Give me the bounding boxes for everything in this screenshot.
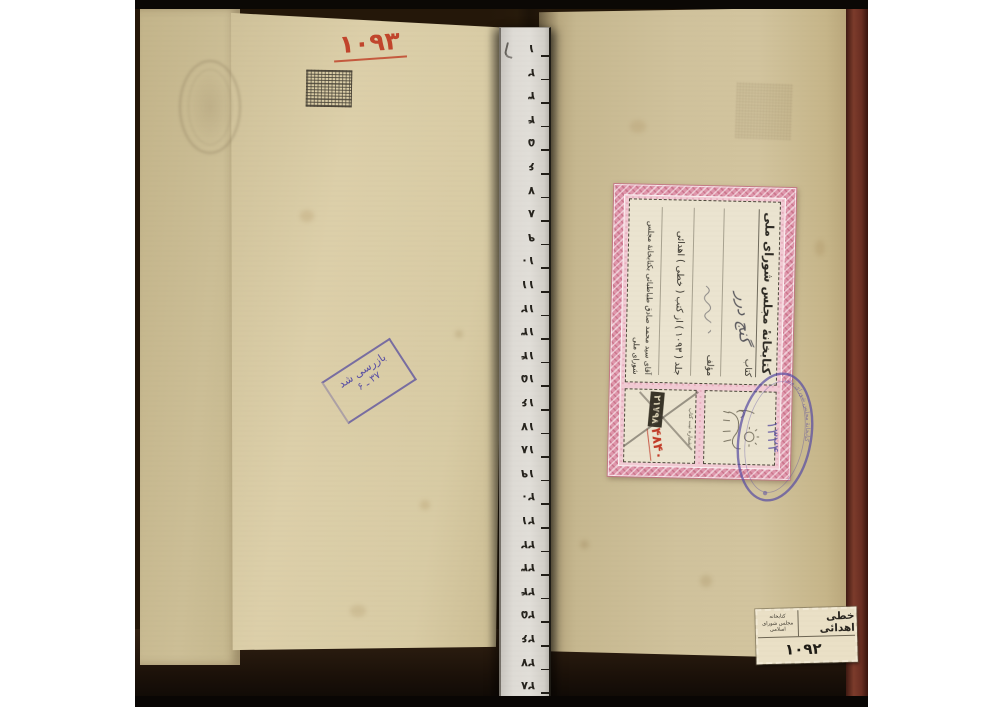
ruler-cm-cell: ۱۱ (501, 277, 549, 301)
ruler-number: ۲۳ (521, 561, 535, 575)
bookplate-donor-row: آقای سید محمد صادق طباطبائی بکتابخانهٔ م… (629, 206, 661, 375)
sticker-library-line: اسلامی (770, 627, 786, 634)
ruler-tick (541, 527, 549, 529)
ruler-tick (541, 433, 549, 435)
ruler-cm-cell: ۴ (501, 112, 549, 136)
ruler-tick (541, 480, 549, 482)
ruler-cm-cell: ۲۱ (501, 513, 549, 537)
ruler-number: ۶ (528, 160, 535, 174)
ruler-number: ۲۱ (521, 514, 535, 528)
ruler-tick (541, 621, 549, 623)
ruler-number: ۵ (528, 136, 535, 150)
ruler-cm-cell: ۲۶ (501, 631, 549, 655)
bookplate-author-row: مؤلف (690, 208, 724, 377)
ruler-tick (541, 149, 549, 151)
ruler-cm-cell: ۲۷ (501, 655, 549, 679)
ruler-tick (541, 102, 549, 104)
ruler-cm-cell: ۵ (501, 135, 549, 159)
oval-stamp-handwritten-number: ۱۳۲۴ (763, 421, 782, 454)
ruler-number: ۱۵ (521, 372, 535, 386)
ruler-tick (541, 669, 549, 671)
ruler-number: ۲۵ (521, 608, 535, 622)
ruler-tick (541, 692, 549, 694)
ruler-number: ۱۸ (521, 443, 535, 457)
cover-leather-edge (846, 4, 868, 703)
ruler-number: ۲۷ (521, 656, 535, 670)
ruler-tick (541, 197, 549, 199)
ruler-cm-cell: ۱۵ (501, 371, 549, 395)
ruler-tick (541, 456, 549, 458)
ruler-number: ۲۸ (521, 679, 535, 693)
ruler-tick (541, 55, 549, 57)
ruler-tick (541, 409, 549, 411)
ruler-tick (541, 220, 549, 222)
ruler-cm-cell: ۲ (501, 65, 549, 89)
handwritten-book-title: گنج درر (733, 292, 755, 344)
ruler-cm-cell: ۱ (501, 41, 549, 65)
ruler-cm-cell: ۸ (501, 206, 549, 230)
ruler-tick (541, 267, 549, 269)
ruler-cm-cell: ۱۲ (501, 301, 549, 325)
ruler-number: ۳ (528, 89, 535, 103)
ruler-tick (541, 503, 549, 505)
faint-round-stamp (179, 60, 241, 154)
ruler-tick (541, 126, 549, 128)
ruler-number: ۱۱ (521, 278, 535, 292)
scan-canvas: { "colors": { "canvas": "#ffffff", "page… (0, 0, 1000, 707)
bookplate-book-row: کتاب گنج درر (720, 208, 759, 377)
ruler-tick (541, 362, 549, 364)
bookplate-header-text: کتابخانهٔ مجلس شورای ملی (759, 212, 777, 374)
ruler-number: ۲۶ (521, 632, 535, 646)
ruler-cm-cell: ۱۴ (501, 348, 549, 372)
bookplate-header: کتابخانهٔ مجلس شورای ملی (755, 209, 778, 377)
measuring-ruler: ۱ ۲ ۳ ۴ ۵ ۶ ۷ ۸ (499, 27, 551, 696)
ruler-cm-cell: ۱۸ (501, 442, 549, 466)
ruler-tick (541, 315, 549, 317)
sticker-shelf-number: ۱۰۹۲ (758, 636, 856, 663)
ruler-cm-cell: ۱۷ (501, 419, 549, 443)
ruler-tick (541, 645, 549, 647)
ruler-cm-cell: ۱۹ (501, 466, 549, 490)
flyleaf-main-page (231, 11, 507, 652)
ruler-tick (541, 385, 549, 387)
ruler-cm-cell: ۲۳ (501, 560, 549, 584)
bookplate-volume-row: جلد ( ۱۰۹۳ ) از کتب ( خطی ) اهدائی (658, 207, 694, 376)
faint-square-stamp (735, 82, 793, 140)
ruler-number: ۷ (528, 184, 535, 198)
ruler-cm-cell: ۳ (501, 88, 549, 112)
ruler-cm-cell: ۱۰ (501, 253, 549, 277)
book-photo: ۱۰۹۳ بازرسی شد ۳۷ ـ ۶ کتابخانهٔ مجلس شور… (135, 0, 868, 707)
handwriting-mark (701, 284, 712, 336)
ruler-tick (541, 173, 549, 175)
ruler-cm-cell: ۱۳ (501, 324, 549, 348)
ruler-number: ۱۰ (521, 254, 535, 268)
ruler-number: ۲۰ (521, 490, 535, 504)
ruler-number: ۱۶ (521, 396, 535, 410)
ruler-tick (541, 598, 549, 600)
registration-number-handwritten: ۴۸۴۰ (646, 427, 665, 460)
ruler-number: ۲۴ (521, 585, 535, 599)
ruler-number: ۲ (528, 66, 535, 80)
ruler-tick (541, 338, 549, 340)
ruler-number: ۲۲ (521, 538, 535, 552)
ruler-cm-cell: ۲۵ (501, 607, 549, 631)
ruler-cm-cell: ۱۶ (501, 395, 549, 419)
author-field-label: مؤلف (704, 355, 714, 377)
ruler-tick (541, 291, 549, 293)
ruler-number: ۱۲ (521, 302, 535, 316)
ruler-cm-cell: ۶ (501, 159, 549, 183)
ruler-cm-cell: ۲۲ (501, 537, 549, 561)
ruler-cm-cell: ۲۰ (501, 489, 549, 513)
ruler-tick (541, 79, 549, 81)
ruler-cm-cell: ۷ (501, 183, 549, 207)
bookplate-main-box: کتابخانهٔ مجلس شورای ملی کتاب گنج درر مؤ… (625, 198, 781, 385)
sticker-type-label: خطی اهدائی (797, 609, 855, 636)
shelf-label-sticker: خطی اهدائی کتابخانه مجلس شورای اسلامی ۱۰… (755, 607, 857, 665)
ruler-cm-cell: ۲۴ (501, 584, 549, 608)
ruler-number: ۹ (528, 231, 535, 245)
registration-content: ۴۸۴۰ ۲۱۷۹۸ (625, 391, 687, 460)
ruler-number: ۱۴ (521, 349, 535, 363)
ruler-tick (541, 244, 549, 246)
photo-bottom-edge (135, 696, 868, 707)
ruler-number: ۱۷ (521, 420, 535, 434)
square-seal-stamp (306, 70, 353, 108)
ruler-tick (541, 551, 549, 553)
sticker-library-name: کتابخانه مجلس شورای اسلامی (757, 610, 798, 637)
ruler-number: ۸ (528, 207, 535, 221)
ruler-number: ۱ (528, 42, 535, 56)
photo-top-edge (135, 0, 868, 9)
ruler-cm-cell: ۹ (501, 230, 549, 254)
ruler-number: ۱۹ (521, 467, 535, 481)
red-accession-number: ۱۰۹۳ (332, 25, 407, 62)
ruler-number: ۴ (528, 113, 535, 127)
sticker-top-row: خطی اهدائی کتابخانه مجلس شورای اسلامی (757, 609, 855, 639)
ruler-number: ۱۳ (521, 325, 535, 339)
ruler-tick (541, 574, 549, 576)
